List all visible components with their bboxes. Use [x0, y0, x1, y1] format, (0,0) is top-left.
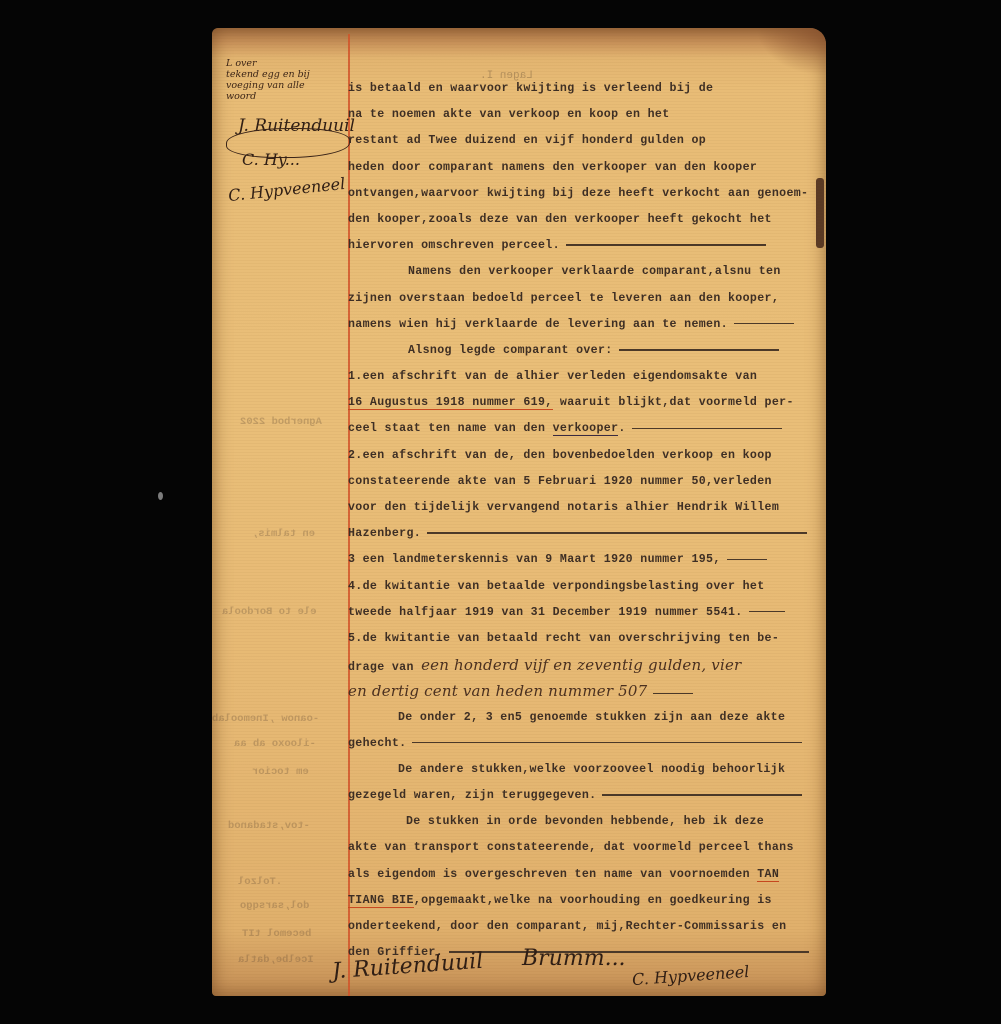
fill-rule	[619, 349, 779, 350]
margin-signature-3: C. Hypveeneel	[227, 174, 346, 205]
bleed-through-text: becemol tIT	[242, 928, 311, 940]
text-line: 3 een landmeterskennis van 9 Maart 1920 …	[348, 547, 818, 573]
text-line: ceel staat ten name van den verkooper.	[348, 416, 818, 442]
line-text: als eigendom is overgeschreven ten name …	[348, 868, 757, 881]
bleed-through-text: Agnerbod 2202	[240, 416, 322, 428]
text-line: 2.een afschrift van de, den bovenbedoeld…	[348, 443, 818, 469]
text-line: als eigendom is overgeschreven ten name …	[348, 862, 818, 888]
text-line: De stukken in orde bevonden hebbende, he…	[348, 809, 818, 835]
line-text: den kooper,zooals deze van den verkooper…	[348, 213, 772, 226]
bleed-through-text: -tov,stadanod	[228, 820, 310, 832]
margin-annotation: L over tekend egg en bij voeging van all…	[226, 58, 344, 102]
underlined-date-number: 16 Augustus 1918 nummer 619,	[348, 396, 553, 410]
text-line: 1.een afschrift van de alhier verleden e…	[348, 364, 818, 390]
text-line: hiervoren omschreven perceel.	[348, 233, 818, 259]
text-line: Alsnog legde comparant over:	[348, 338, 818, 364]
bleed-through-text: .Tolzol	[238, 876, 282, 888]
text-line: Hazenberg.	[348, 521, 818, 547]
line-text: voor den tijdelijk vervangend notaris al…	[348, 501, 779, 514]
fill-rule	[749, 611, 785, 612]
text-line: heden door comparant namens den verkoope…	[348, 155, 818, 181]
underlined-name: TAN	[757, 868, 779, 882]
line-text: De stukken in orde bevonden hebbende, he…	[406, 815, 764, 828]
text-line: constateerende akte van 5 Februari 1920 …	[348, 469, 818, 495]
line-text: is betaald en waarvoor kwijting is verle…	[348, 82, 713, 95]
fill-rule	[427, 532, 807, 533]
fill-rule	[632, 428, 782, 429]
text-line: 5.de kwitantie van betaald recht van ove…	[348, 626, 818, 652]
line-text: waaruit blijkt,dat voormeld per-	[553, 396, 794, 409]
line-text: ceel staat ten name van den	[348, 422, 553, 435]
fill-rule	[602, 794, 802, 795]
text-line: ontvangen,waarvoor kwijting bij deze hee…	[348, 181, 818, 207]
line-text: gezegeld waren, zijn teruggegeven.	[348, 789, 596, 802]
text-line: onderteekend, door den comparant, mij,Re…	[348, 914, 818, 940]
line-text: tweede halfjaar 1919 van 31 December 191…	[348, 606, 743, 619]
line-text: .	[618, 422, 625, 435]
line-text: na te noemen akte van verkoop en koop en…	[348, 108, 670, 121]
handwritten-amount: een honderd vijf en zeventig gulden, vie…	[421, 656, 741, 674]
text-line: 4.de kwitantie van betaalde verpondingsb…	[348, 574, 818, 600]
underlined-word: verkooper	[553, 422, 619, 436]
line-text: 5.de kwitantie van betaald recht van ove…	[348, 632, 779, 645]
text-line: voor den tijdelijk vervangend notaris al…	[348, 495, 818, 521]
line-text: 2.een afschrift van de, den bovenbedoeld…	[348, 449, 772, 462]
text-line: en dertig cent van heden nummer 507	[348, 678, 818, 704]
text-line: TIANG BIE,opgemaakt,welke na voorhouding…	[348, 888, 818, 914]
margin-note-line: tekend egg en bij	[226, 69, 344, 80]
bleed-through-text: dol,sarsqgo	[240, 900, 309, 912]
text-line: 16 Augustus 1918 nummer 619, waaruit bli…	[348, 390, 818, 416]
text-line: restant ad Twee duizend en vijf honderd …	[348, 128, 818, 154]
line-text: De onder 2, 3 en5 genoemde stukken zijn …	[398, 711, 785, 724]
line-text: 3 een landmeterskennis van 9 Maart 1920 …	[348, 553, 721, 566]
margin-note-line: L over	[226, 58, 344, 69]
text-line: na te noemen akte van verkoop en koop en…	[348, 102, 818, 128]
line-text: hiervoren omschreven perceel.	[348, 239, 560, 252]
fill-rule	[653, 693, 693, 694]
handwritten-amount: en dertig cent van heden nummer 507	[348, 682, 647, 700]
line-text: akte van transport constateerende, dat v…	[348, 841, 794, 854]
line-text: 4.de kwitantie van betaalde verpondingsb…	[348, 580, 765, 593]
bleed-through-text: Icelbe,datla	[238, 954, 314, 966]
line-text: ontvangen,waarvoor kwijting bij deze hee…	[348, 187, 808, 200]
underlined-name: TIANG BIE	[348, 894, 414, 908]
fill-rule	[449, 951, 809, 952]
text-line: Namens den verkooper verklaarde comparan…	[348, 259, 818, 285]
line-text: ,opgemaakt,welke na voorhouding en goedk…	[414, 894, 772, 907]
line-text: Hazenberg.	[348, 527, 421, 540]
margin-note-line: woord	[226, 91, 344, 102]
bleed-through-text: em tocior	[252, 766, 309, 778]
line-text: 1.een afschrift van de alhier verleden e…	[348, 370, 757, 383]
text-line: is betaald en waarvoor kwijting is verle…	[348, 76, 818, 102]
text-line: zijnen overstaan bedoeld perceel te leve…	[348, 286, 818, 312]
bleed-through-text: -ilooxo ab aa	[234, 738, 316, 750]
bleed-through-text: en talmis,	[252, 528, 315, 540]
line-text: onderteekend, door den comparant, mij,Re…	[348, 920, 786, 933]
bleed-through-text: -oanow ,Inemoolab	[212, 713, 319, 725]
text-line: De onder 2, 3 en5 genoemde stukken zijn …	[348, 705, 818, 731]
margin-note-line: voeging van alle	[226, 80, 344, 91]
text-line: De andere stukken,welke voorzooveel nood…	[348, 757, 818, 783]
line-text: constateerende akte van 5 Februari 1920 …	[348, 475, 772, 488]
document-page: Lagen I. L over tekend egg en bij voegin…	[212, 28, 826, 996]
text-line: tweede halfjaar 1919 van 31 December 191…	[348, 600, 818, 626]
fill-rule	[727, 559, 767, 560]
dust-speck	[158, 492, 163, 500]
line-text: zijnen overstaan bedoeld perceel te leve…	[348, 292, 779, 305]
fill-rule	[734, 323, 794, 324]
line-text: restant ad Twee duizend en vijf honderd …	[348, 134, 706, 147]
text-line: gezegeld waren, zijn teruggegeven.	[348, 783, 818, 809]
burned-corner	[756, 28, 826, 76]
line-text: heden door comparant namens den verkoope…	[348, 161, 757, 174]
line-text: namens wien hij verklaarde de levering a…	[348, 318, 728, 331]
line-text: Namens den verkooper verklaarde comparan…	[408, 265, 781, 278]
text-line: akte van transport constateerende, dat v…	[348, 835, 818, 861]
line-text: drage van	[348, 661, 421, 674]
text-line: den kooper,zooals deze van den verkooper…	[348, 207, 818, 233]
margin-signature-2: C. Hy...	[242, 150, 300, 169]
text-line: namens wien hij verklaarde de levering a…	[348, 312, 818, 338]
text-line: gehecht.	[348, 731, 818, 757]
typed-deed-text: is betaald en waarvoor kwijting is verle…	[348, 76, 818, 966]
line-text: Alsnog legde comparant over:	[408, 344, 613, 357]
text-line: drage van een honderd vijf en zeventig g…	[348, 652, 818, 678]
line-text: De andere stukken,welke voorzooveel nood…	[398, 763, 785, 776]
fill-rule	[566, 244, 766, 245]
fill-rule	[412, 742, 802, 743]
signature-rechter-commissaris: Brumm...	[522, 946, 626, 971]
bleed-through-text: ele to Bordoola	[222, 606, 317, 618]
line-text: gehecht.	[348, 737, 406, 750]
